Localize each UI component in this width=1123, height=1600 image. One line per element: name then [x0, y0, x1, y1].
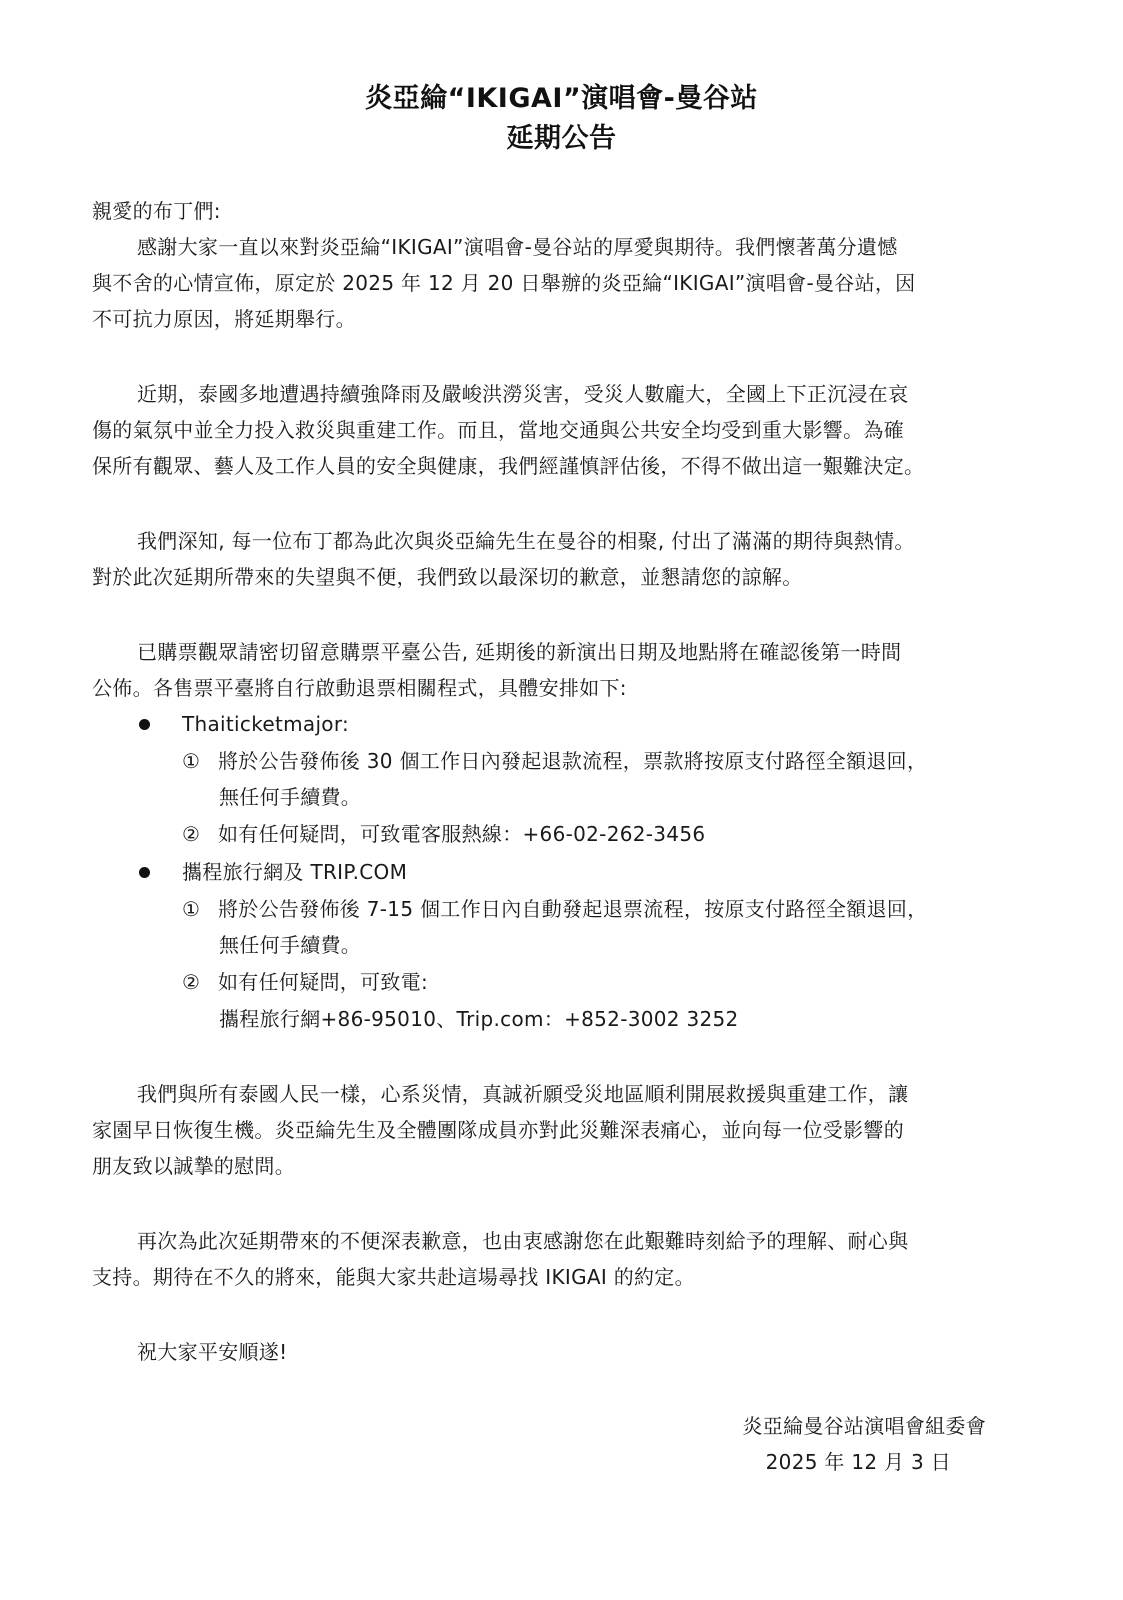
bullet-icon [139, 719, 150, 730]
platform-item: ①將於公告發佈後 7-15 個工作日內自動發起退票流程，按原支付路徑全額退回， [182, 895, 928, 923]
paragraph5-line: 朋友致以誠摯的慰問。 [92, 1152, 295, 1180]
paragraph1-line: 感謝大家一直以來對炎亞綸“IKIGAI”演唱會-曼谷站的厚愛與期待。我們懷著萬分… [137, 233, 898, 261]
circled-number-1-icon: ① [182, 747, 204, 775]
platform-name: 攜程旅行網及 TRIP.COM [182, 858, 407, 886]
document-title-line1: 炎亞綸“IKIGAI”演唱會-曼谷站 [0, 76, 1123, 115]
paragraph2-line: 近期，泰國多地遭遇持續強降雨及嚴峻洪澇災害，受災人數龐大，全國上下正沉浸在哀 [137, 380, 908, 408]
circled-number-1-icon: ① [182, 895, 204, 923]
paragraph4-line: 已購票觀眾請密切留意購票平臺公告, 延期後的新演出日期及地點將在確認後第一時間 [137, 638, 901, 666]
platform-item-text: 將於公告發佈後 7-15 個工作日內自動發起退票流程，按原支付路徑全額退回， [218, 897, 928, 921]
platform-contact-numbers: 攜程旅行網+86-95010、Trip.com：+852-3002 3252 [219, 1005, 739, 1033]
paragraph2-line: 保所有觀眾、藝人及工作人員的安全與健康，我們經謹慎評估後，不得不做出這一艱難決定… [92, 452, 924, 480]
circled-number-2-icon: ② [182, 820, 204, 848]
platform-item-text: 無任何手續費。 [219, 783, 361, 811]
platform-item-text: 無任何手續費。 [219, 931, 361, 959]
document-title-line2: 延期公告 [0, 116, 1123, 155]
platform-item: ②如有任何疑問，可致電: [182, 968, 428, 996]
platform-item-text: 如有任何疑問，可致電客服熱線：+66-02-262-3456 [218, 822, 705, 846]
greeting: 親愛的布丁們: [92, 197, 221, 225]
signature-organization: 炎亞綸曼谷站演唱會組委會 [742, 1412, 986, 1440]
platform-item-text: 將於公告發佈後 30 個工作日內發起退款流程，票款將按原支付路徑全額退回， [218, 749, 927, 773]
circled-number-2-icon: ② [182, 968, 204, 996]
paragraph6-line: 支持。期待在不久的將來，能與大家共赴這場尋找 IKIGAI 的約定。 [92, 1263, 695, 1291]
paragraph4-line: 公佈。各售票平臺將自行啟動退票相關程式，具體安排如下: [92, 674, 627, 702]
bullet-icon [139, 867, 150, 878]
paragraph5-line: 我們與所有泰國人民一樣，心系災情，真誠祈願受災地區順利開展救援與重建工作，讓 [137, 1080, 908, 1108]
paragraph2-line: 傷的氣氛中並全力投入救災與重建工作。而且，當地交通與公共安全均受到重大影響。為確 [92, 416, 904, 444]
paragraph6-line: 再次為此次延期帶來的不便深表歉意，也由衷感謝您在此艱難時刻給予的理解、耐心與 [137, 1227, 908, 1255]
paragraph3-line: 我們深知, 每一位布丁都為此次與炎亞綸先生在曼谷的相聚, 付出了滿滿的期待與熱情… [137, 527, 915, 555]
platform-item: ②如有任何疑問，可致電客服熱線：+66-02-262-3456 [182, 820, 705, 848]
platform-name: Thaiticketmajor: [182, 710, 349, 738]
paragraph5-line: 家園早日恢復生機。炎亞綸先生及全體團隊成員亦對此災難深表痛心，並向每一位受影響的 [92, 1116, 904, 1144]
closing-wish: 祝大家平安順遂! [137, 1338, 287, 1366]
paragraph1-line: 不可抗力原因，將延期舉行。 [92, 305, 356, 333]
announcement-document: 炎亞綸“IKIGAI”演唱會-曼谷站 延期公告 親愛的布丁們: 感謝大家一直以來… [0, 0, 1123, 1600]
paragraph3-line: 對於此次延期所帶來的失望與不便，我們致以最深切的歉意，並懇請您的諒解。 [92, 563, 803, 591]
platform-item-text: 如有任何疑問，可致電: [218, 970, 428, 994]
platform-item: ①將於公告發佈後 30 個工作日內發起退款流程，票款將按原支付路徑全額退回， [182, 747, 927, 775]
signature-date: 2025 年 12 月 3 日 [766, 1448, 951, 1476]
paragraph1-line: 與不舍的心情宣佈，原定於 2025 年 12 月 20 日舉辦的炎亞綸“IKIG… [92, 269, 915, 297]
